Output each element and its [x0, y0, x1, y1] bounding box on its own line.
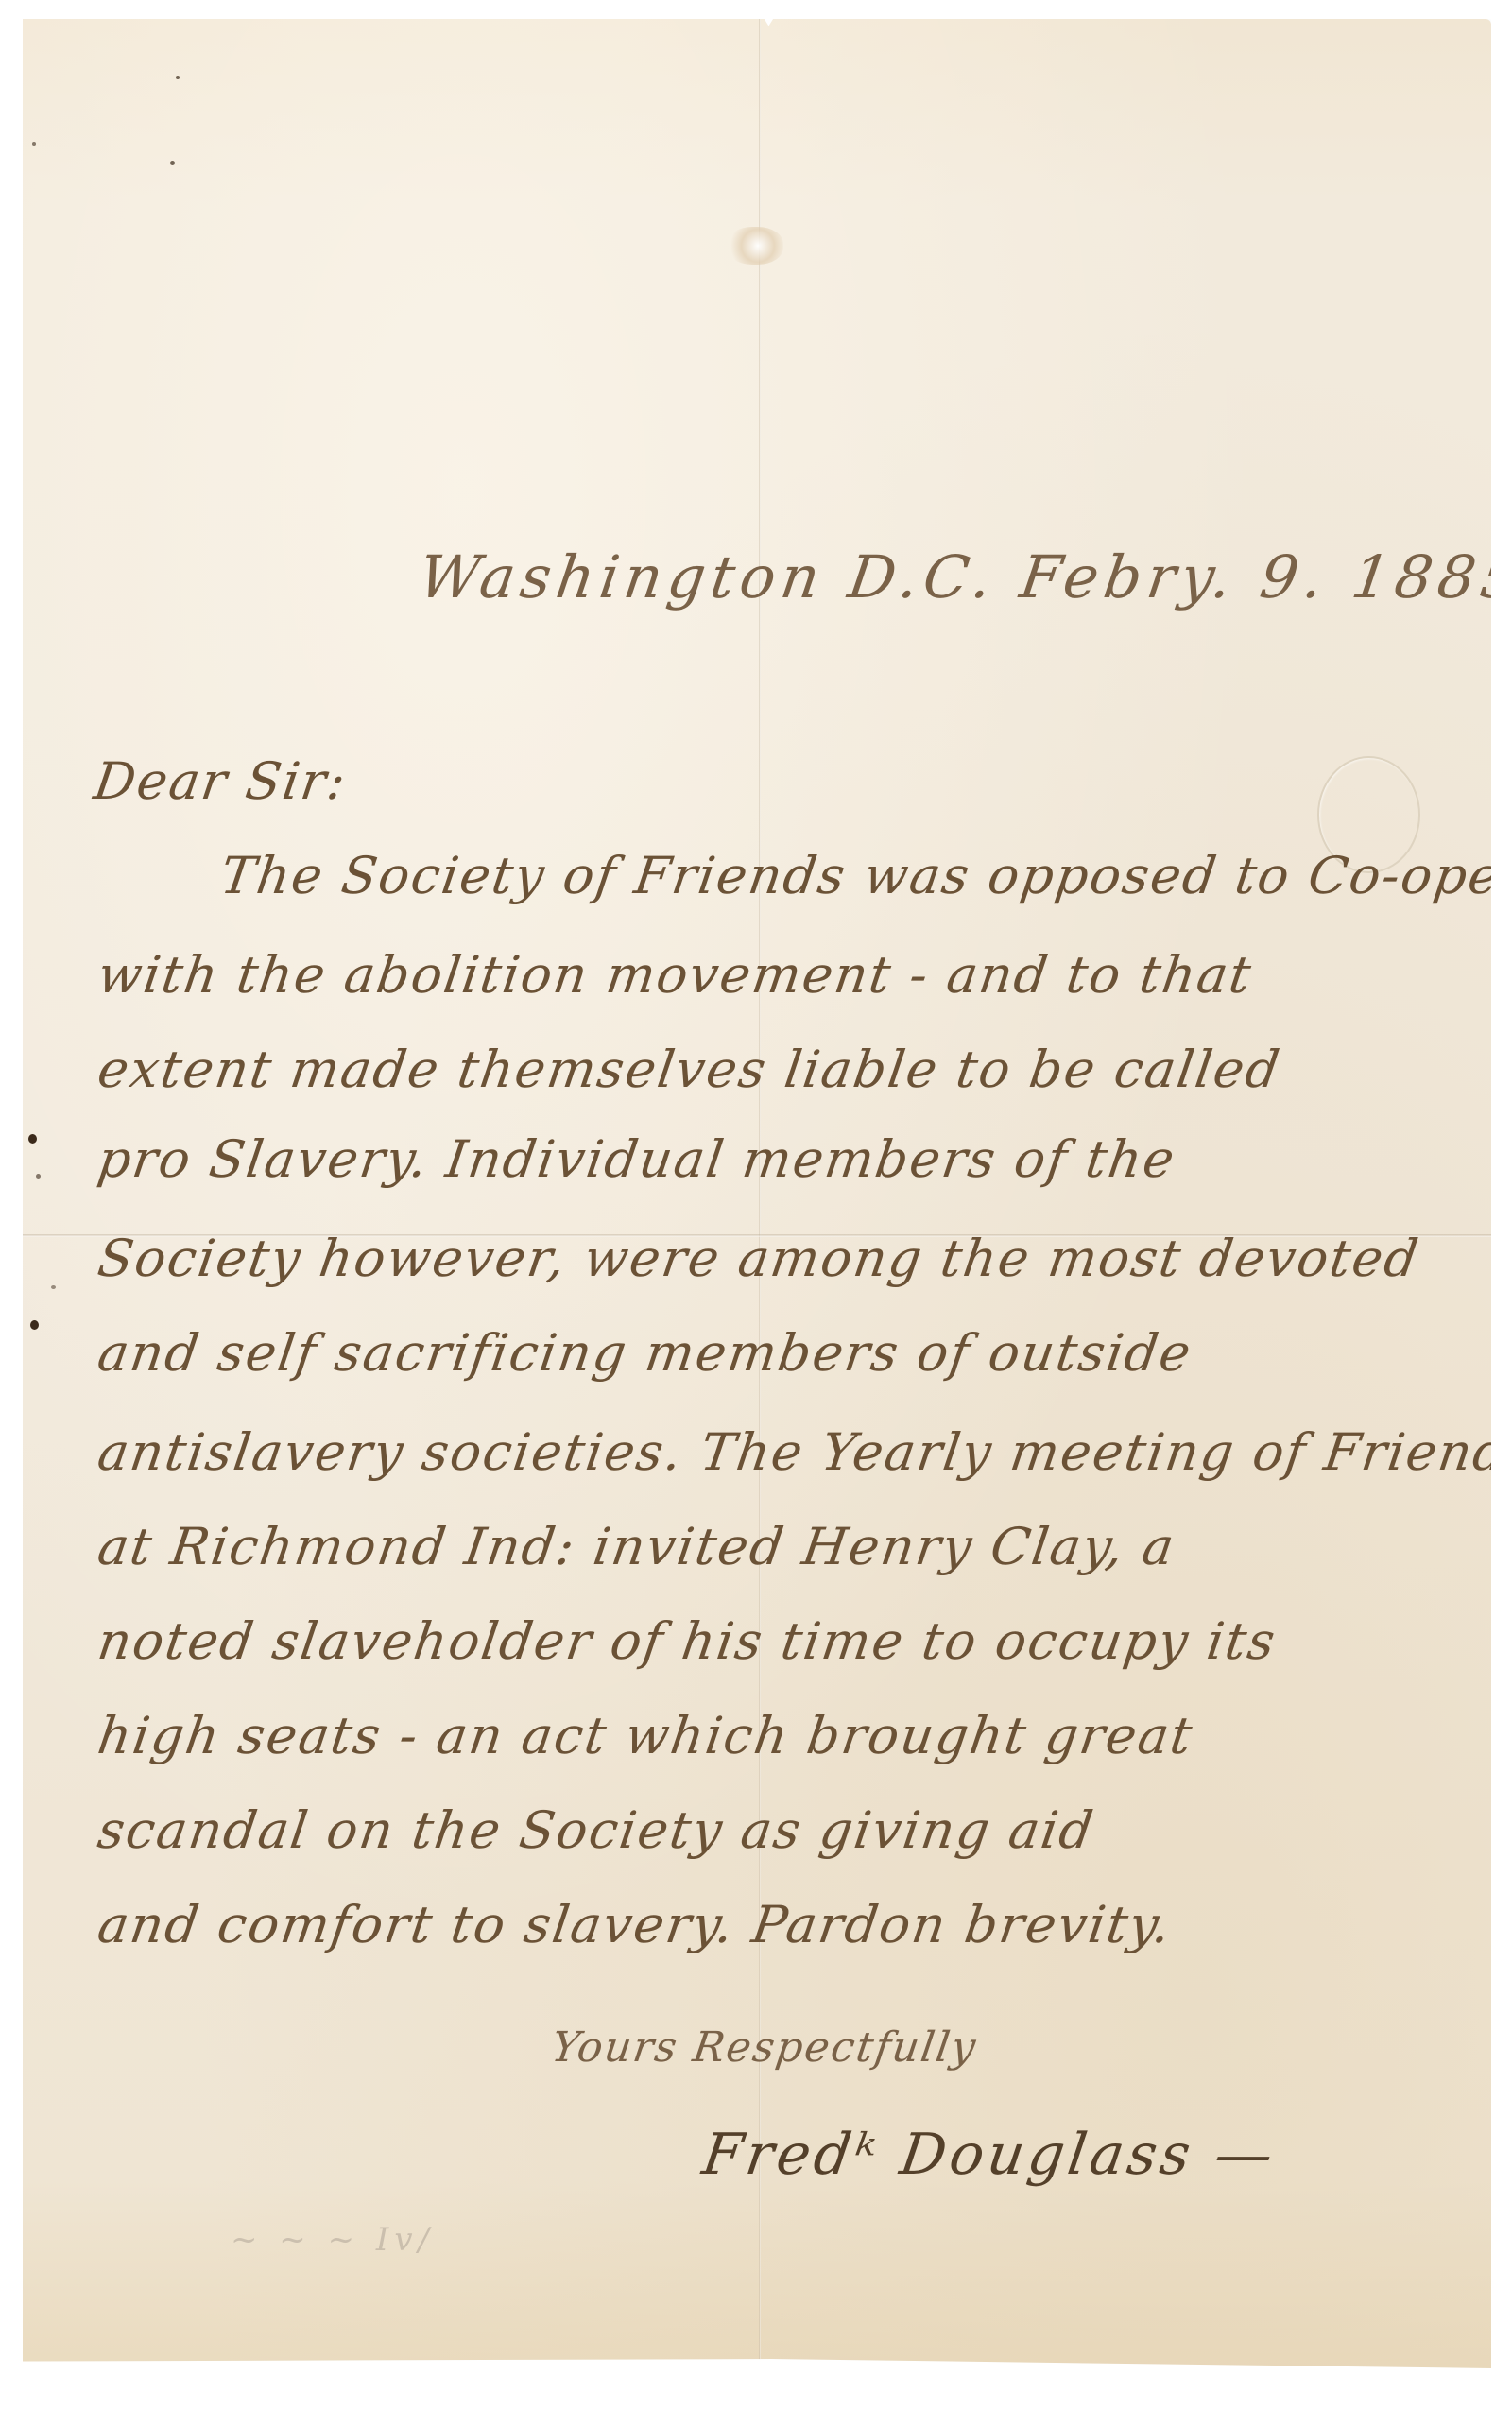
- letter-body-line: and self sacrificing members of outside: [94, 1328, 1195, 1379]
- letter-body-line: at Richmond Ind: invited Henry Clay, a: [94, 1522, 1178, 1573]
- letter-salutation: Dear Sir:: [91, 756, 350, 807]
- letter-body-line: antislavery societies. The Yearly meetin…: [94, 1427, 1512, 1478]
- foxing-speck: [28, 1134, 37, 1144]
- letter-body-line: high seats - an act which brought great: [94, 1711, 1196, 1762]
- foxing-speck: [32, 142, 36, 146]
- letter-body-line: The Society of Friends was opposed to Co…: [217, 851, 1512, 902]
- foxing-speck: [36, 1174, 41, 1179]
- letter-body-line: noted slaveholder of his time to occupy …: [94, 1616, 1280, 1667]
- letter-dateline: Washington D.C. Febry. 9. 1885: [416, 548, 1512, 607]
- letter-closing: Yours Respectfully: [549, 2027, 980, 2069]
- foxing-speck: [170, 161, 175, 165]
- letter-body-line: and comfort to slavery. Pardon brevity.: [94, 1900, 1175, 1951]
- letter-paper: Washington D.C. Febry. 9. 1885 Dear Sir:…: [23, 19, 1491, 2368]
- letter-body-line: extent made themselves liable to be call…: [94, 1044, 1284, 1095]
- paper-blemish: [727, 227, 783, 265]
- foxing-speck: [30, 1320, 39, 1330]
- letter-body-line: Society however, were among the most dev…: [94, 1233, 1422, 1284]
- vertical-fold-line: [759, 19, 761, 2368]
- letter-body-line: pro Slavery. Individual members of the: [94, 1134, 1178, 1185]
- letter-body-line: with the abolition movement - and to tha…: [94, 950, 1255, 1001]
- faint-pencil-mark: ~ ~ ~ Iv/: [231, 2221, 435, 2259]
- letter-signature: Fredᵏ Douglass —: [699, 2126, 1280, 2183]
- letter-body-line: scandal on the Society as giving aid: [94, 1805, 1097, 1856]
- foxing-speck: [176, 76, 180, 79]
- foxing-speck: [51, 1285, 56, 1289]
